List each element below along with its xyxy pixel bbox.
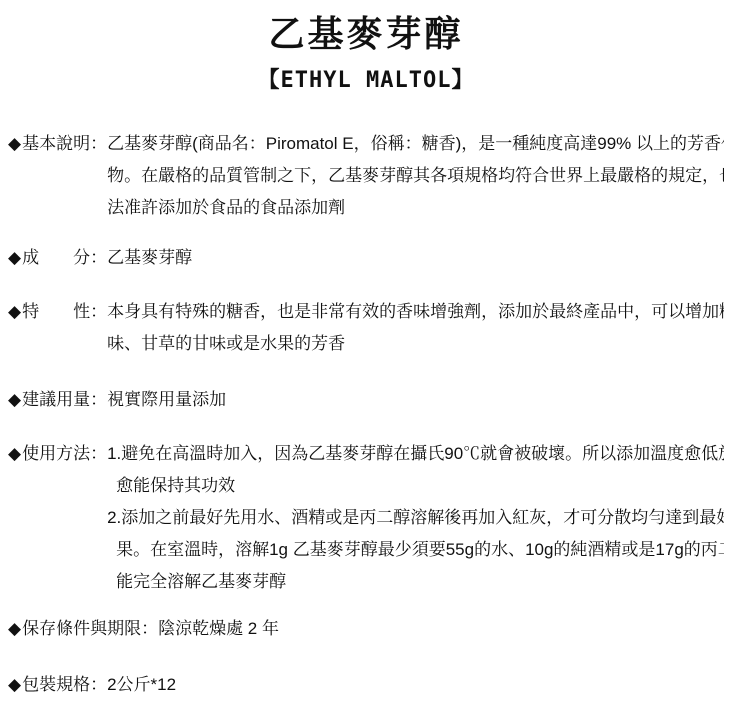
- section-label-text: 保存條件與期限: [22, 619, 141, 638]
- label-colon: ：: [90, 675, 107, 694]
- diamond-bullet-icon: ◆: [8, 296, 21, 328]
- section-label: ◆包裝規格：: [8, 669, 107, 701]
- section-storage-conditions: ◆保存條件與期限： 陰涼乾燥處 2 年: [8, 613, 724, 645]
- section-line: 陰涼乾燥處 2 年: [158, 613, 724, 645]
- label-colon: ：: [90, 302, 107, 321]
- section-label: ◆建議用量：: [8, 384, 107, 416]
- diamond-bullet-icon: ◆: [8, 384, 21, 416]
- diamond-bullet-icon: ◆: [8, 128, 21, 160]
- section-packaging-spec: ◆包裝規格： 2公斤*12: [8, 669, 724, 701]
- diamond-bullet-icon: ◆: [8, 613, 21, 645]
- section-content: 乙基麥芽醇(商品名：Piromatol E，俗稱：糖香)，是一種純度高達99% …: [107, 128, 724, 224]
- section-label: ◆特 性：: [8, 296, 107, 328]
- section-label-text: 特 性: [22, 302, 90, 321]
- section-line: 味、甘草的甘味或是水果的芳香: [107, 328, 724, 360]
- diamond-bullet-icon: ◆: [8, 242, 21, 274]
- page-subtitle: 【ETHYL MALTOL】: [8, 68, 724, 94]
- section-line: 2公斤*12: [107, 669, 724, 701]
- section-ingredients: ◆成 分： 乙基麥芽醇: [8, 242, 724, 274]
- label-colon: ：: [90, 444, 107, 463]
- section-recommended-dosage: ◆建議用量： 視實際用量添加: [8, 384, 724, 416]
- section-line: 果。在室溫時，溶解1g 乙基麥芽醇最少須要55g的水、10g的純酒精或是17g的…: [107, 534, 724, 566]
- section-content: 陰涼乾燥處 2 年: [158, 613, 724, 645]
- section-usage-method: ◆使用方法： 1.避免在高溫時加入，因為乙基麥芽醇在攝氏90℃就會被破壞。所以添…: [8, 438, 724, 598]
- section-label-text: 使用方法: [22, 444, 90, 463]
- section-line: 能完全溶解乙基麥芽醇: [107, 566, 724, 598]
- page-title: 乙基麥芽醇: [8, 12, 724, 56]
- section-line: 物。在嚴格的品質管制之下，乙基麥芽醇其各項規格均符合世界上最嚴格的規定，也是合: [107, 160, 724, 192]
- section-label: ◆成 分：: [8, 242, 107, 274]
- label-colon: ：: [90, 248, 107, 267]
- section-line: 法准許添加於食品的食品添加劑: [107, 192, 724, 224]
- product-datasheet: 乙基麥芽醇 【ETHYL MALTOL】 ◆基本說明： 乙基麥芽醇(商品名：Pi…: [0, 0, 730, 714]
- diamond-bullet-icon: ◆: [8, 438, 21, 470]
- section-label: ◆基本說明：: [8, 128, 107, 160]
- section-label-text: 成 分: [22, 248, 90, 267]
- section-basic-info: ◆基本說明： 乙基麥芽醇(商品名：Piromatol E，俗稱：糖香)，是一種純…: [8, 128, 724, 224]
- section-line: 視實際用量添加: [107, 384, 724, 416]
- section-content: 視實際用量添加: [107, 384, 724, 416]
- label-colon: ：: [141, 619, 158, 638]
- section-line: 1.避免在高溫時加入，因為乙基麥芽醇在攝氏90℃就會被破壞。所以添加溫度愈低於9…: [107, 438, 724, 470]
- section-characteristics: ◆特 性： 本身具有特殊的糖香，也是非常有效的香味增強劑，添加於最終產品中，可以…: [8, 296, 724, 360]
- section-content: 乙基麥芽醇: [107, 242, 724, 274]
- section-content: 本身具有特殊的糖香，也是非常有效的香味增強劑，添加於最終產品中，可以增加糖的甜 …: [107, 296, 724, 360]
- section-line: 乙基麥芽醇: [107, 242, 724, 274]
- label-colon: ：: [90, 134, 107, 153]
- diamond-bullet-icon: ◆: [8, 669, 21, 701]
- section-label-text: 基本說明: [22, 134, 90, 153]
- section-label: ◆保存條件與期限：: [8, 613, 158, 645]
- section-line: 2.添加之前最好先用水、酒精或是丙二醇溶解後再加入紅灰，才可分散均勻達到最好的效: [107, 502, 724, 534]
- section-line: 愈能保持其功效: [107, 470, 724, 502]
- section-line: 乙基麥芽醇(商品名：Piromatol E，俗稱：糖香)，是一種純度高達99% …: [107, 128, 724, 160]
- section-line: 本身具有特殊的糖香，也是非常有效的香味增強劑，添加於最終產品中，可以增加糖的甜: [107, 296, 724, 328]
- section-label: ◆使用方法：: [8, 438, 107, 470]
- section-label-text: 建議用量: [22, 390, 90, 409]
- label-colon: ：: [90, 390, 107, 409]
- section-content: 2公斤*12: [107, 669, 724, 701]
- section-content: 1.避免在高溫時加入，因為乙基麥芽醇在攝氏90℃就會被破壞。所以添加溫度愈低於9…: [107, 438, 724, 598]
- section-label-text: 包裝規格: [22, 675, 90, 694]
